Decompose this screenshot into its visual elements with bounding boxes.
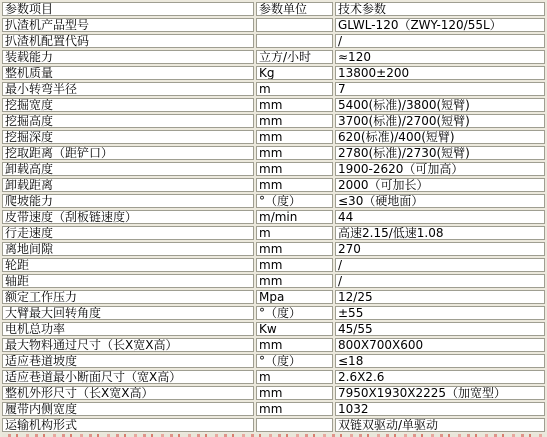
unit-cell: mm <box>256 386 333 400</box>
value-cell: 高速2.15/低速1.08 <box>335 226 545 240</box>
value-cell: 12/25 <box>335 290 545 304</box>
value-cell: 3700(标准)/2700(短臂) <box>335 114 545 128</box>
table-row: 运输机构形式 双链双驱动/单驱动 <box>2 418 545 432</box>
param-name-cell: 行走速度 <box>2 226 254 240</box>
unit-cell: mm <box>256 98 333 112</box>
table-row: 额定工作压力 Mpa 12/25 <box>2 290 545 304</box>
value-cell: 800X700X600 <box>335 338 545 352</box>
table-row: 爬坡能力 °（度） ≤30（硬地面） <box>2 194 545 208</box>
table-row: 皮带速度（刮板链速度） m/min 44 <box>2 210 545 224</box>
param-name-cell: 最小转弯半径 <box>2 82 254 96</box>
unit-cell: mm <box>256 274 333 288</box>
header-row: 参数项目 参数单位 技术参数 <box>2 2 545 16</box>
value-cell: 270 <box>335 242 545 256</box>
table-row: 整机外形尺寸（长X宽X高） mm 7950X1930X2225（加宽型） <box>2 386 545 400</box>
table-row: 挖掘高度 mm 3700(标准)/2700(短臂) <box>2 114 545 128</box>
param-name-cell: 皮带速度（刮板链速度） <box>2 210 254 224</box>
header-tech-param: 技术参数 <box>335 2 545 16</box>
unit-cell: Kg <box>256 66 333 80</box>
value-cell: ≤30（硬地面） <box>335 194 545 208</box>
value-cell: 7950X1930X2225（加宽型） <box>335 386 545 400</box>
param-name-cell: 运输机构形式 <box>2 418 254 432</box>
table-row: 卸载高度 mm 1900-2620（可加高） <box>2 162 545 176</box>
table-row: 卸载距离 mm 2000（可加长） <box>2 178 545 192</box>
param-name-cell: 轮距 <box>2 258 254 272</box>
value-cell: 13800±200 <box>335 66 545 80</box>
specs-table: 参数项目 参数单位 技术参数 扒渣机产品型号 GLWL-120（ZWY-120/… <box>0 0 547 434</box>
param-name-cell: 扒渣机产品型号 <box>2 18 254 32</box>
unit-cell <box>256 418 333 432</box>
param-name-cell: 挖掘宽度 <box>2 98 254 112</box>
unit-cell: mm <box>256 130 333 144</box>
table-row: 轴距 mm / <box>2 274 545 288</box>
param-name-cell: 适应巷道坡度 <box>2 354 254 368</box>
value-cell: / <box>335 258 545 272</box>
param-name-cell: 扒渣机配置代码 <box>2 34 254 48</box>
value-cell: / <box>335 34 545 48</box>
param-name-cell: 额定工作压力 <box>2 290 254 304</box>
value-cell: 620(标准)/400(短臂) <box>335 130 545 144</box>
param-name-cell: 电机总功率 <box>2 322 254 336</box>
value-cell: 5400(标准)/3800(短臂) <box>335 98 545 112</box>
value-cell: 1900-2620（可加高） <box>335 162 545 176</box>
unit-cell: °（度） <box>256 306 333 320</box>
value-cell: 45/55 <box>335 322 545 336</box>
unit-cell: mm <box>256 258 333 272</box>
unit-cell: mm <box>256 242 333 256</box>
unit-cell: mm <box>256 162 333 176</box>
param-name-cell: 整机外形尺寸（长X宽X高） <box>2 386 254 400</box>
table-row: 行走速度 m 高速2.15/低速1.08 <box>2 226 545 240</box>
table-row: 履带内侧宽度 mm 1032 <box>2 402 545 416</box>
table-row: 离地间隙 mm 270 <box>2 242 545 256</box>
param-name-cell: 爬坡能力 <box>2 194 254 208</box>
value-cell: 2.6X2.6 <box>335 370 545 384</box>
unit-cell: m <box>256 82 333 96</box>
header-param-unit: 参数单位 <box>256 2 333 16</box>
param-name-cell: 装载能力 <box>2 50 254 64</box>
unit-cell: mm <box>256 402 333 416</box>
table-row: 大臂最大回转角度 °（度） ±55 <box>2 306 545 320</box>
unit-cell <box>256 34 333 48</box>
unit-cell: mm <box>256 146 333 160</box>
value-cell: 2780(标准)/2730(短臂) <box>335 146 545 160</box>
unit-cell: Kw <box>256 322 333 336</box>
table-row: 轮距 mm / <box>2 258 545 272</box>
param-name-cell: 挖掘高度 <box>2 114 254 128</box>
param-name-cell: 适应巷道最小断面尺寸（宽X高） <box>2 370 254 384</box>
unit-cell: 立方/小时 <box>256 50 333 64</box>
table-row: 挖掘宽度 mm 5400(标准)/3800(短臂) <box>2 98 545 112</box>
param-name-cell: 挖取距离（距铲口） <box>2 146 254 160</box>
value-cell: 双链双驱动/单驱动 <box>335 418 545 432</box>
header-param-name: 参数项目 <box>2 2 254 16</box>
table-row: 整机质量 Kg 13800±200 <box>2 66 545 80</box>
table-row: 适应巷道坡度 °（度） ≤18 <box>2 354 545 368</box>
param-name-cell: 卸载高度 <box>2 162 254 176</box>
value-cell: 1032 <box>335 402 545 416</box>
value-cell: 2000（可加长） <box>335 178 545 192</box>
param-name-cell: 离地间隙 <box>2 242 254 256</box>
table-row: 最小转弯半径 m 7 <box>2 82 545 96</box>
value-cell: ≈120 <box>335 50 545 64</box>
unit-cell: mm <box>256 178 333 192</box>
param-name-cell: 整机质量 <box>2 66 254 80</box>
param-name-cell: 卸载距离 <box>2 178 254 192</box>
table-row: 挖掘深度 mm 620(标准)/400(短臂) <box>2 130 545 144</box>
table-row: 挖取距离（距铲口） mm 2780(标准)/2730(短臂) <box>2 146 545 160</box>
unit-cell: Mpa <box>256 290 333 304</box>
table-row: 扒渣机配置代码 / <box>2 34 545 48</box>
unit-cell: mm <box>256 338 333 352</box>
unit-cell: m <box>256 370 333 384</box>
table-row: 最大物料通过尺寸（长X宽X高） mm 800X700X600 <box>2 338 545 352</box>
param-name-cell: 轴距 <box>2 274 254 288</box>
param-name-cell: 大臂最大回转角度 <box>2 306 254 320</box>
value-cell: ±55 <box>335 306 545 320</box>
value-cell: 44 <box>335 210 545 224</box>
param-name-cell: 挖掘深度 <box>2 130 254 144</box>
value-cell: ≤18 <box>335 354 545 368</box>
value-cell: / <box>335 274 545 288</box>
table-row: 适应巷道最小断面尺寸（宽X高） m 2.6X2.6 <box>2 370 545 384</box>
unit-cell: °（度） <box>256 194 333 208</box>
table-row: 扒渣机产品型号 GLWL-120（ZWY-120/55L） <box>2 18 545 32</box>
unit-cell: m/min <box>256 210 333 224</box>
param-name-cell: 最大物料通过尺寸（长X宽X高） <box>2 338 254 352</box>
value-cell: 7 <box>335 82 545 96</box>
param-name-cell: 履带内侧宽度 <box>2 402 254 416</box>
table-row: 装载能力 立方/小时 ≈120 <box>2 50 545 64</box>
unit-cell: °（度） <box>256 354 333 368</box>
value-cell: GLWL-120（ZWY-120/55L） <box>335 18 545 32</box>
unit-cell: mm <box>256 114 333 128</box>
unit-cell <box>256 18 333 32</box>
unit-cell: m <box>256 226 333 240</box>
table-row: 电机总功率 Kw 45/55 <box>2 322 545 336</box>
